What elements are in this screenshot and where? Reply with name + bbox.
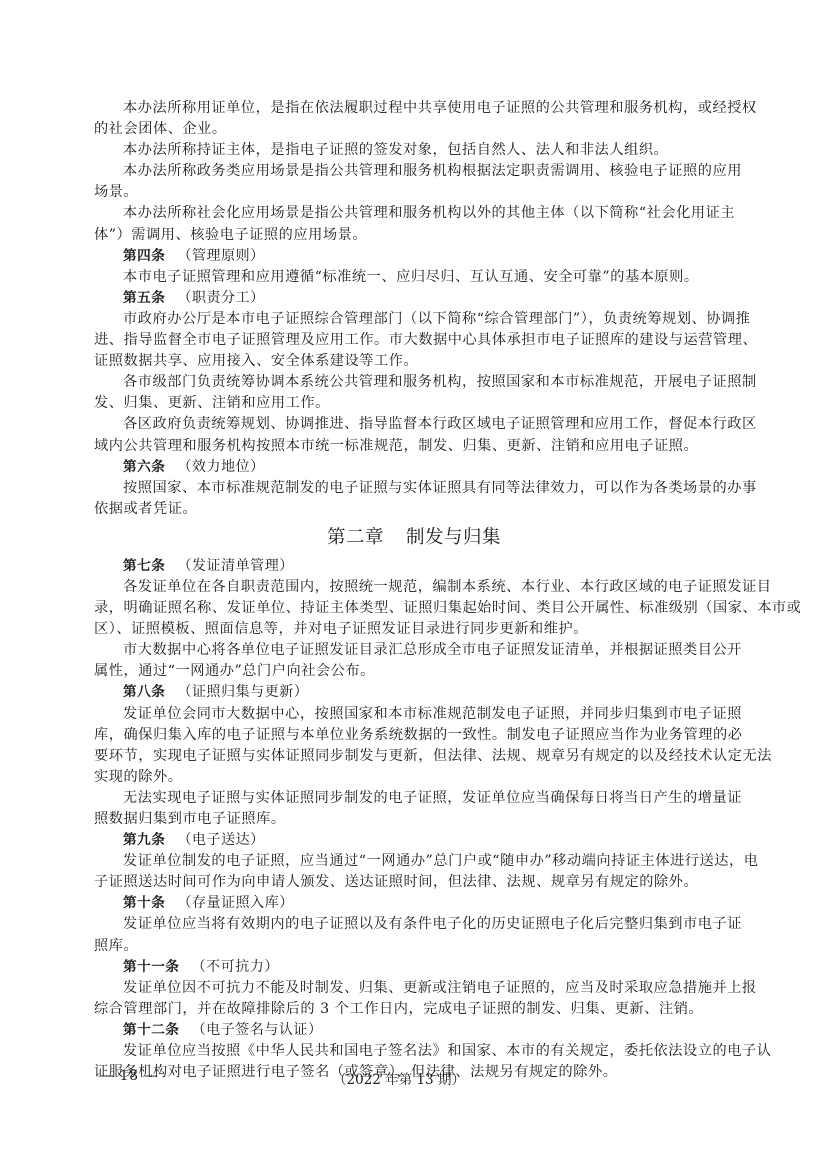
article-heading: 第七条（发证清单管理） <box>94 556 734 577</box>
text-line: 场景。 <box>94 182 734 203</box>
issue-label: （2022 年第 13 期） <box>314 1068 484 1088</box>
chapter-title: 制发与归集 <box>406 527 501 548</box>
text-line: 区）、证照模板、照面信息等，并对电子证照发证目录进行同步更新和维护。 <box>94 619 734 640</box>
article-subtitle: （不可抗力） <box>192 959 279 975</box>
text-line: 无法实现电子证照与实体证照同步制发的电子证照，发证单位应当确保每日将当日产生的增… <box>94 788 734 809</box>
text-line: 证照数据共享、应用接入、安全体系建设等工作。 <box>94 351 734 372</box>
paragraph: 发证单位制发的电子证照，应当通过“一网通办”总门户或“随申办”移动端向持证主体进… <box>94 851 734 893</box>
text-line: 子证照送达时间可作为向申请人颁发、送达证照时间，但法律、法规、规章另有规定的除外… <box>94 872 734 893</box>
text-line: 依据或者凭证。 <box>94 499 734 520</box>
paragraph: 市政府办公厅是本市电子证照综合管理部门（以下简称“综合管理部门”），负责统筹规划… <box>94 309 734 372</box>
text-line: 发证单位因不可抗力不能及时制发、归集、更新或注销电子证照的，应当及时采取应急措施… <box>94 978 734 999</box>
text-line: 体”）需调用、核验电子证照的应用场景。 <box>94 225 734 246</box>
article-subtitle: （效力地位） <box>177 459 264 475</box>
paragraph: 发证单位会同市大数据中心，按照国家和本市标准规范制发电子证照，并同步归集到市电子… <box>94 704 734 788</box>
text-line: 域内公共管理和服务机构按照本市统一标准规范，制发、归集、更新、注销和应用电子证照… <box>94 436 734 457</box>
text-line: 综合管理部门，并在故障排除后的 3 个工作日内，完成电子证照的制发、归集、更新、… <box>94 999 734 1020</box>
text-line: 本办法所称政务类应用场景是指公共管理和服务机构根据法定职责需调用、核验电子证照的… <box>94 161 734 182</box>
text-line: 本办法所称持证主体，是指电子证照的签发对象，包括自然人、法人和非法人组织。 <box>94 140 734 161</box>
paragraph: 各区政府负责统筹规划、协调推进、指导监督本行政区域电子证照管理和应用工作，督促本… <box>94 414 734 456</box>
article-number: 第九条 <box>123 832 165 848</box>
text-line: 发证单位应当将有效期内的电子证照以及有条件电子化的历史证照电子化后完整归集到市电… <box>94 914 734 935</box>
text-line: 库，确保归集入库的电子证照与本单位业务系统数据的一致性。制发电子证照应当作为业务… <box>94 725 734 746</box>
text-line: 按照国家、本市标准规范制发的电子证照与实体证照具有同等法律效力，可以作为各类场景… <box>94 478 734 499</box>
paragraph: 发证单位因不可抗力不能及时制发、归集、更新或注销电子证照的，应当及时采取应急措施… <box>94 978 734 1020</box>
article-number: 第四条 <box>123 248 165 264</box>
paragraph: 本办法所称用证单位，是指在依法履职过程中共享使用电子证照的公共管理和服务机构，或… <box>94 98 734 140</box>
text-line: 的社会团体、企业。 <box>94 119 734 140</box>
article-number: 第五条 <box>123 290 165 306</box>
text-line: 照库。 <box>94 936 734 957</box>
text-line: 要环节，实现电子证照与实体证照同步制发与更新，但法律、法规、规章另有规定的以及经… <box>94 746 734 767</box>
article-subtitle: （职责分工） <box>177 290 264 306</box>
text-line: 本市电子证照管理和应用遵循“标准统一、应归尽归、互认互通、安全可靠”的基本原则。 <box>94 267 734 288</box>
article-number: 第十条 <box>123 895 165 911</box>
article-number: 第八条 <box>123 684 165 700</box>
text-line: 各发证单位在各自职责范围内，按照统一规范，编制本系统、本行业、本行政区域的电子证… <box>94 577 734 598</box>
text-line: 市政府办公厅是本市电子证照综合管理部门（以下简称“综合管理部门”），负责统筹规划… <box>94 309 734 330</box>
article-heading: 第六条（效力地位） <box>94 457 734 478</box>
article-heading: 第九条（电子送达） <box>94 830 734 851</box>
text-line: 发、归集、更新、注销和应用工作。 <box>94 393 734 414</box>
paragraph: 本办法所称政务类应用场景是指公共管理和服务机构根据法定职责需调用、核验电子证照的… <box>94 161 734 203</box>
paragraph: 本市电子证照管理和应用遵循“标准统一、应归尽归、互认互通、安全可靠”的基本原则。 <box>94 267 734 288</box>
article-subtitle: （电子送达） <box>177 832 264 848</box>
paragraph: 各市级部门负责统筹协调本系统公共管理和服务机构，按照国家和本市标准规范，开展电子… <box>94 372 734 414</box>
text-line: 发证单位会同市大数据中心，按照国家和本市标准规范制发电子证照，并同步归集到市电子… <box>94 704 734 725</box>
article-subtitle: （电子签名与认证） <box>192 1022 323 1038</box>
text-line: 发证单位应当按照《中华人民共和国电子签名法》和国家、本市的有关规定，委托依法设立… <box>94 1041 734 1062</box>
text-line: 实现的除外。 <box>94 767 734 788</box>
article-subtitle: （证照归集与更新） <box>177 684 308 700</box>
page-number: — 18 — <box>100 1068 159 1084</box>
article-number: 第七条 <box>123 558 165 574</box>
article-heading: 第五条（职责分工） <box>94 288 734 309</box>
text-line: 本办法所称用证单位，是指在依法履职过程中共享使用电子证照的公共管理和服务机构，或… <box>94 98 734 119</box>
paragraph: 发证单位应当将有效期内的电子证照以及有条件电子化的历史证照电子化后完整归集到市电… <box>94 914 734 956</box>
article-heading: 第十一条（不可抗力） <box>94 957 734 978</box>
chapter-number: 第二章 <box>327 527 384 548</box>
chapter-heading: 第二章制发与归集 <box>94 520 734 556</box>
article-subtitle: （存量证照入库） <box>177 895 293 911</box>
paragraph: 按照国家、本市标准规范制发的电子证照与实体证照具有同等法律效力，可以作为各类场景… <box>94 478 734 520</box>
article-heading: 第四条（管理原则） <box>94 246 734 267</box>
article-subtitle: （发证清单管理） <box>177 558 293 574</box>
article-number: 第十一条 <box>123 959 180 975</box>
text-line: 本办法所称社会化应用场景是指公共管理和服务机构以外的其他主体（以下简称“社会化用… <box>94 203 734 224</box>
article-heading: 第十条（存量证照入库） <box>94 893 734 914</box>
article-heading: 第八条（证照归集与更新） <box>94 682 734 703</box>
article-number: 第十二条 <box>123 1022 180 1038</box>
article-subtitle: （管理原则） <box>177 248 264 264</box>
article-heading: 第十二条（电子签名与认证） <box>94 1020 734 1041</box>
paragraph: 各发证单位在各自职责范围内，按照统一规范，编制本系统、本行业、本行政区域的电子证… <box>94 577 734 640</box>
text-line: 照数据归集到市电子证照库。 <box>94 809 734 830</box>
paragraph: 本办法所称持证主体，是指电子证照的签发对象，包括自然人、法人和非法人组织。 <box>94 140 734 161</box>
text-line: 市大数据中心将各单位电子证照发证目录汇总形成全市电子证照发证清单，并根据证照类目… <box>94 640 734 661</box>
article-number: 第六条 <box>123 459 165 475</box>
paragraph: 本办法所称社会化应用场景是指公共管理和服务机构以外的其他主体（以下简称“社会化用… <box>94 203 734 245</box>
paragraph: 市大数据中心将各单位电子证照发证目录汇总形成全市电子证照发证清单，并根据证照类目… <box>94 640 734 682</box>
text-line: 各区政府负责统筹规划、协调推进、指导监督本行政区域电子证照管理和应用工作，督促本… <box>94 414 734 435</box>
text-line: 进、指导监督全市电子证照管理及应用工作。市大数据中心具体承担市电子证照库的建设与… <box>94 330 734 351</box>
text-line: 各市级部门负责统筹协调本系统公共管理和服务机构，按照国家和本市标准规范，开展电子… <box>94 372 734 393</box>
text-line: 发证单位制发的电子证照，应当通过“一网通办”总门户或“随申办”移动端向持证主体进… <box>94 851 734 872</box>
document-body: 本办法所称用证单位，是指在依法履职过程中共享使用电子证照的公共管理和服务机构，或… <box>94 98 734 1083</box>
text-line: 录，明确证照名称、发证单位、持证主体类型、证照归集起始时间、类目公开属性、标准级… <box>94 598 734 619</box>
text-line: 属性，通过“一网通办”总门户向社会公布。 <box>94 661 734 682</box>
paragraph: 无法实现电子证照与实体证照同步制发的电子证照，发证单位应当确保每日将当日产生的增… <box>94 788 734 830</box>
